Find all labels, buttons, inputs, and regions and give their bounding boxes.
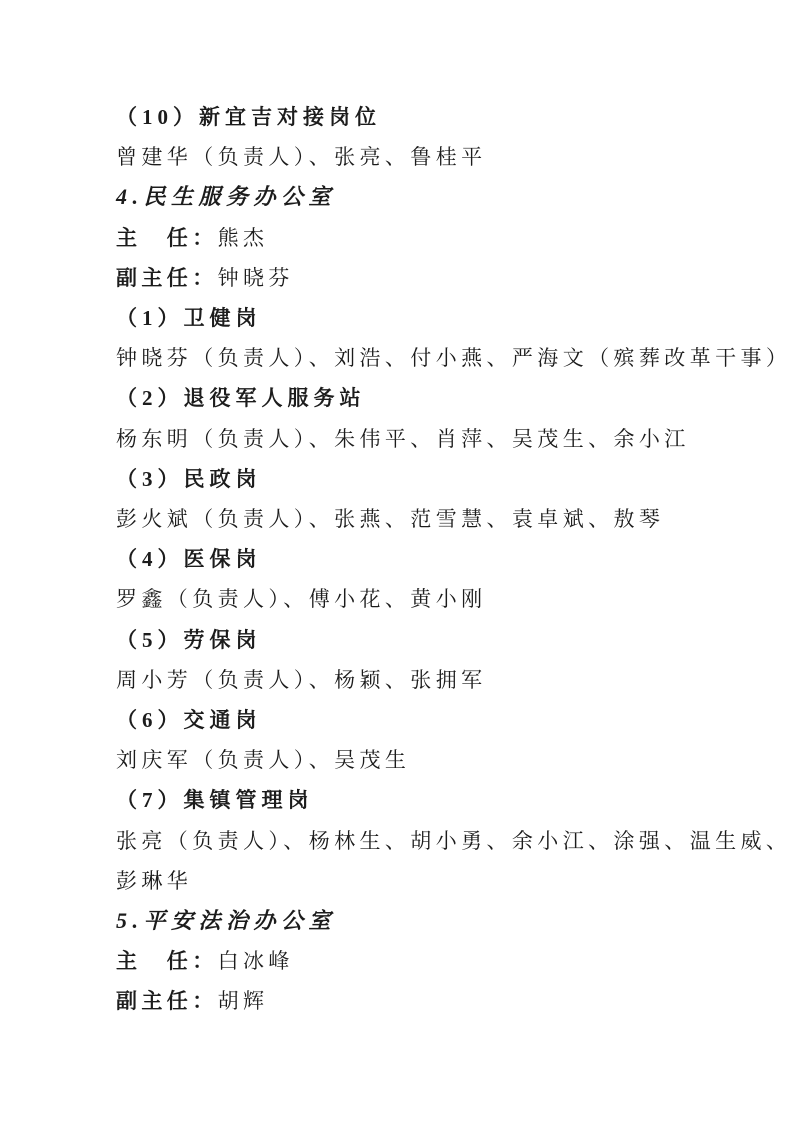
- staff-line: 刘庆军（负责人）、吴茂生: [116, 740, 678, 780]
- role-line: 副主任：胡辉: [116, 981, 678, 1021]
- subsection-heading: （7）集镇管理岗: [116, 780, 678, 820]
- subsection-heading: （4）医保岗: [116, 539, 678, 579]
- document-content: （10）新宜吉对接岗位曾建华（负责人）、张亮、鲁桂平4.民生服务办公室主 任：熊…: [116, 97, 678, 1022]
- subsection-heading: （3）民政岗: [116, 459, 678, 499]
- staff-line: 曾建华（负责人）、张亮、鲁桂平: [116, 137, 678, 177]
- staff-line: 张亮（负责人）、杨林生、胡小勇、余小江、涂强、温生威、: [116, 821, 678, 861]
- staff-line: 周小芳（负责人）、杨颖、张拥军: [116, 660, 678, 700]
- role-label: 副主任：: [116, 266, 218, 290]
- subsection-heading: （10）新宜吉对接岗位: [116, 97, 678, 137]
- office-heading: 5.平安法治办公室: [116, 901, 678, 941]
- role-value: 钟晓芬: [218, 266, 294, 290]
- role-line: 主 任：白冰峰: [116, 941, 678, 981]
- staff-line: 罗鑫（负责人）、傅小花、黄小刚: [116, 579, 678, 619]
- subsection-heading: （1）卫健岗: [116, 298, 678, 338]
- subsection-heading: （6）交通岗: [116, 700, 678, 740]
- document-page: （10）新宜吉对接岗位曾建华（负责人）、张亮、鲁桂平4.民生服务办公室主 任：熊…: [0, 0, 792, 1122]
- role-value: 白冰峰: [218, 949, 294, 973]
- staff-line: 彭火斌（负责人）、张燕、范雪慧、袁卓斌、敖琴: [116, 499, 678, 539]
- role-value: 胡辉: [218, 989, 269, 1013]
- subsection-heading: （5）劳保岗: [116, 620, 678, 660]
- staff-line: 杨东明（负责人）、朱伟平、肖萍、吴茂生、余小江: [116, 419, 678, 459]
- role-line: 主 任：熊杰: [116, 218, 678, 258]
- role-value: 熊杰: [218, 226, 269, 250]
- staff-line: 彭琳华: [116, 861, 678, 901]
- office-heading: 4.民生服务办公室: [116, 177, 678, 217]
- staff-line: 钟晓芬（负责人）、刘浩、付小燕、严海文（殡葬改革干事）: [116, 338, 678, 378]
- role-line: 副主任：钟晓芬: [116, 258, 678, 298]
- role-label: 主 任：: [116, 226, 218, 250]
- subsection-heading: （2）退役军人服务站: [116, 378, 678, 418]
- role-label: 副主任：: [116, 989, 218, 1013]
- role-label: 主 任：: [116, 949, 218, 973]
